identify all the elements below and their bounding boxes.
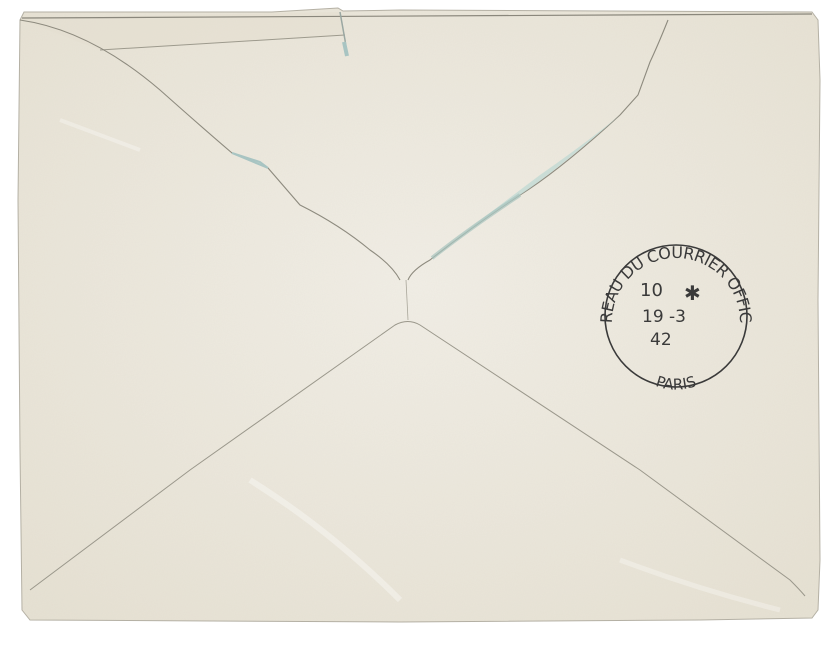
postmark-year: 42 (650, 330, 672, 350)
envelope-photo: BUREAU DU COURRIER OFFICIEL PARIS 10 ✱ 1… (0, 0, 826, 650)
postmark-ring-bottom: PARIS (654, 372, 698, 393)
postmark-star: ✱ (684, 281, 701, 305)
postmark-hour: 10 (640, 280, 663, 301)
postmark-date: 19 -3 (642, 307, 686, 327)
envelope (18, 8, 820, 622)
